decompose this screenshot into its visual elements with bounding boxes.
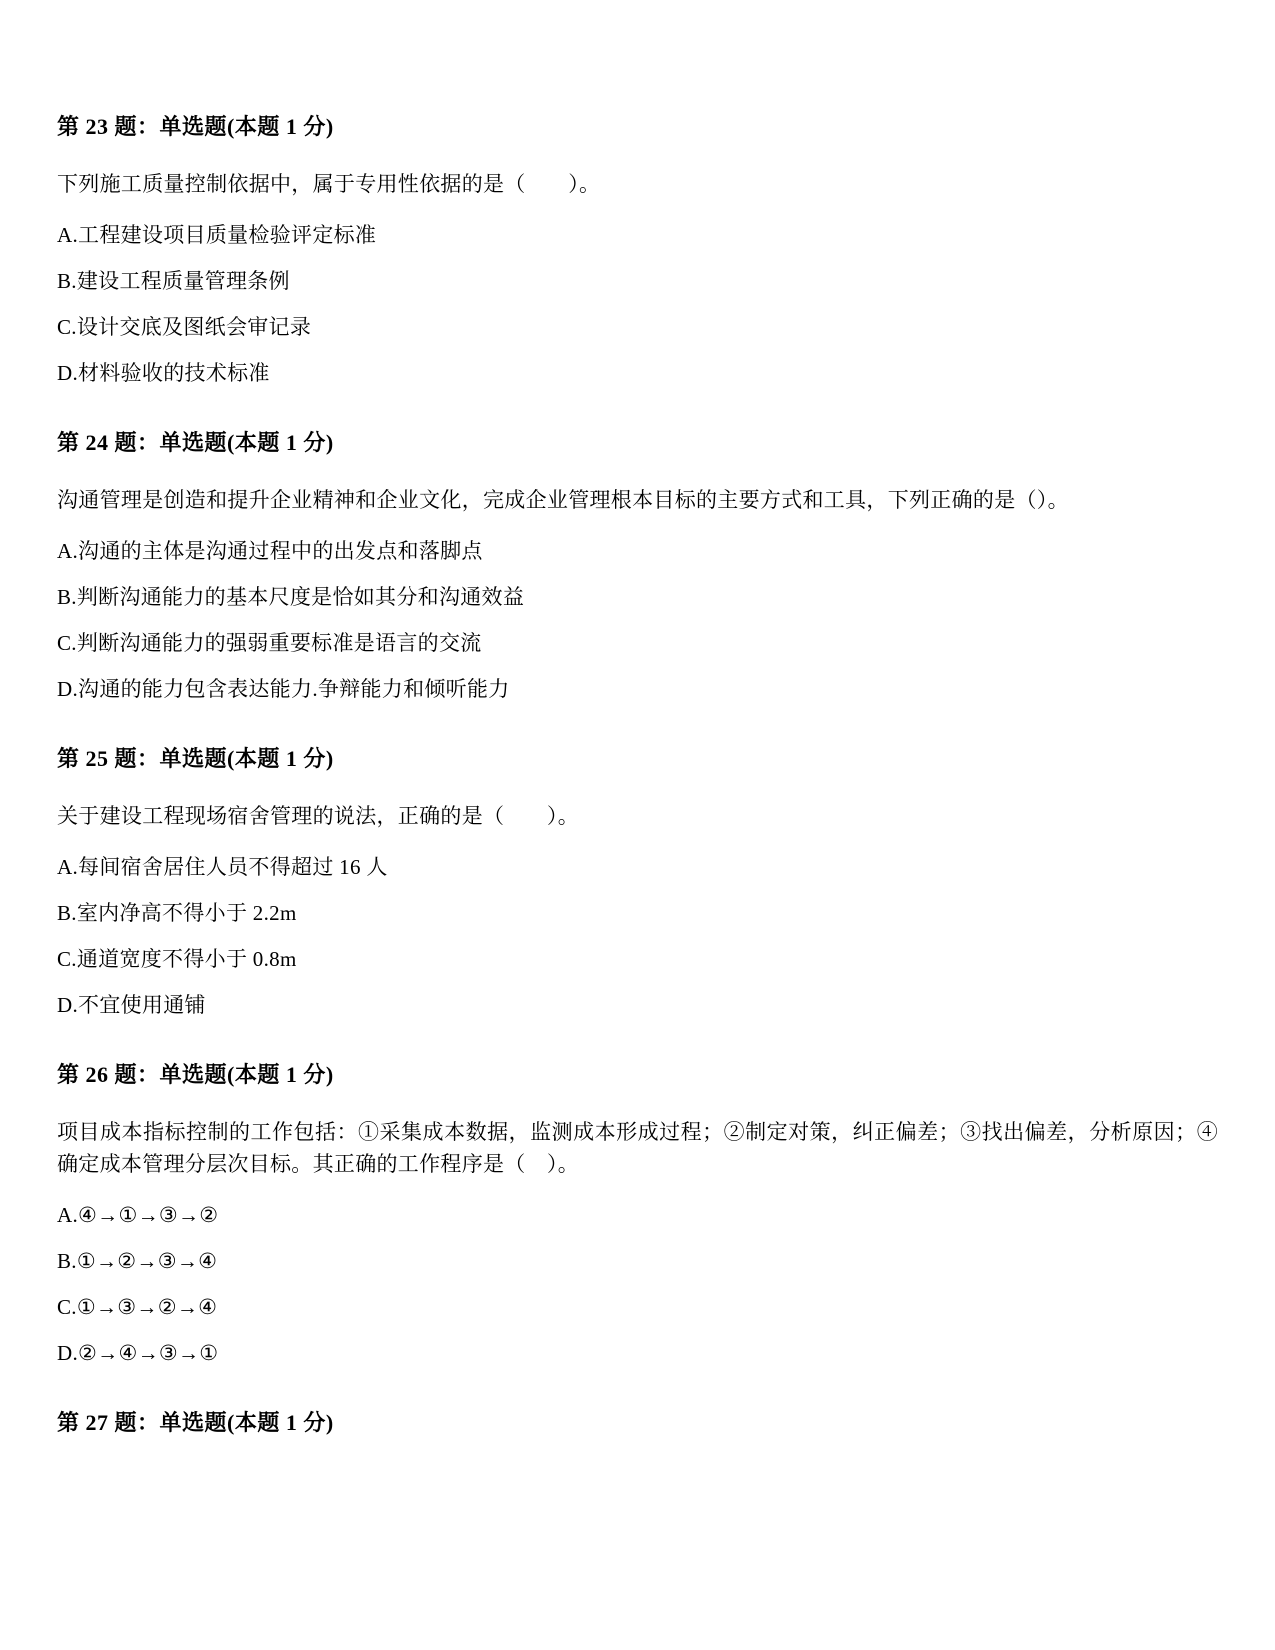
question-option-a: A.沟通的主体是沟通过程中的出发点和落脚点 <box>57 536 1218 566</box>
question-24: 第 24 题：单选题(本题 1 分) 沟通管理是创造和提升企业精神和企业文化，完… <box>57 428 1218 704</box>
question-26: 第 26 题：单选题(本题 1 分) 项目成本指标控制的工作包括：①采集成本数据… <box>57 1060 1218 1368</box>
question-stem: 沟通管理是创造和提升企业精神和企业文化，完成企业管理根本目标的主要方式和工具，下… <box>57 484 1218 516</box>
question-stem: 关于建设工程现场宿舍管理的说法，正确的是（ ）。 <box>57 800 1218 832</box>
question-option-c: C.①→③→②→④ <box>57 1292 1218 1322</box>
question-option-a: A.④→①→③→② <box>57 1200 1218 1230</box>
question-header: 第 27 题：单选题(本题 1 分) <box>57 1408 1218 1438</box>
question-option-b: B.判断沟通能力的基本尺度是恰如其分和沟通效益 <box>57 582 1218 612</box>
question-option-c: C.设计交底及图纸会审记录 <box>57 312 1218 342</box>
question-27: 第 27 题：单选题(本题 1 分) <box>57 1408 1218 1438</box>
question-option-d: D.沟通的能力包含表达能力.争辩能力和倾听能力 <box>57 674 1218 704</box>
question-option-d: D.材料验收的技术标准 <box>57 358 1218 388</box>
question-option-b: B.室内净高不得小于 2.2m <box>57 898 1218 928</box>
question-header: 第 25 题：单选题(本题 1 分) <box>57 744 1218 774</box>
question-option-b: B.①→②→③→④ <box>57 1246 1218 1276</box>
question-header: 第 24 题：单选题(本题 1 分) <box>57 428 1218 458</box>
question-option-a: A.每间宿舍居住人员不得超过 16 人 <box>57 852 1218 882</box>
question-option-d: D.②→④→③→① <box>57 1338 1218 1368</box>
question-header: 第 23 题：单选题(本题 1 分) <box>57 112 1218 142</box>
question-header: 第 26 题：单选题(本题 1 分) <box>57 1060 1218 1090</box>
question-23: 第 23 题：单选题(本题 1 分) 下列施工质量控制依据中，属于专用性依据的是… <box>57 112 1218 388</box>
exam-page: 第 23 题：单选题(本题 1 分) 下列施工质量控制依据中，属于专用性依据的是… <box>0 0 1275 1650</box>
question-option-b: B.建设工程质量管理条例 <box>57 266 1218 296</box>
question-option-d: D.不宜使用通铺 <box>57 990 1218 1020</box>
question-stem: 下列施工质量控制依据中，属于专用性依据的是（ ）。 <box>57 168 1218 200</box>
question-option-c: C.判断沟通能力的强弱重要标准是语言的交流 <box>57 628 1218 658</box>
question-stem: 项目成本指标控制的工作包括：①采集成本数据，监测成本形成过程；②制定对策，纠正偏… <box>57 1116 1218 1180</box>
question-option-c: C.通道宽度不得小于 0.8m <box>57 944 1218 974</box>
question-25: 第 25 题：单选题(本题 1 分) 关于建设工程现场宿舍管理的说法，正确的是（… <box>57 744 1218 1020</box>
question-option-a: A.工程建设项目质量检验评定标准 <box>57 220 1218 250</box>
